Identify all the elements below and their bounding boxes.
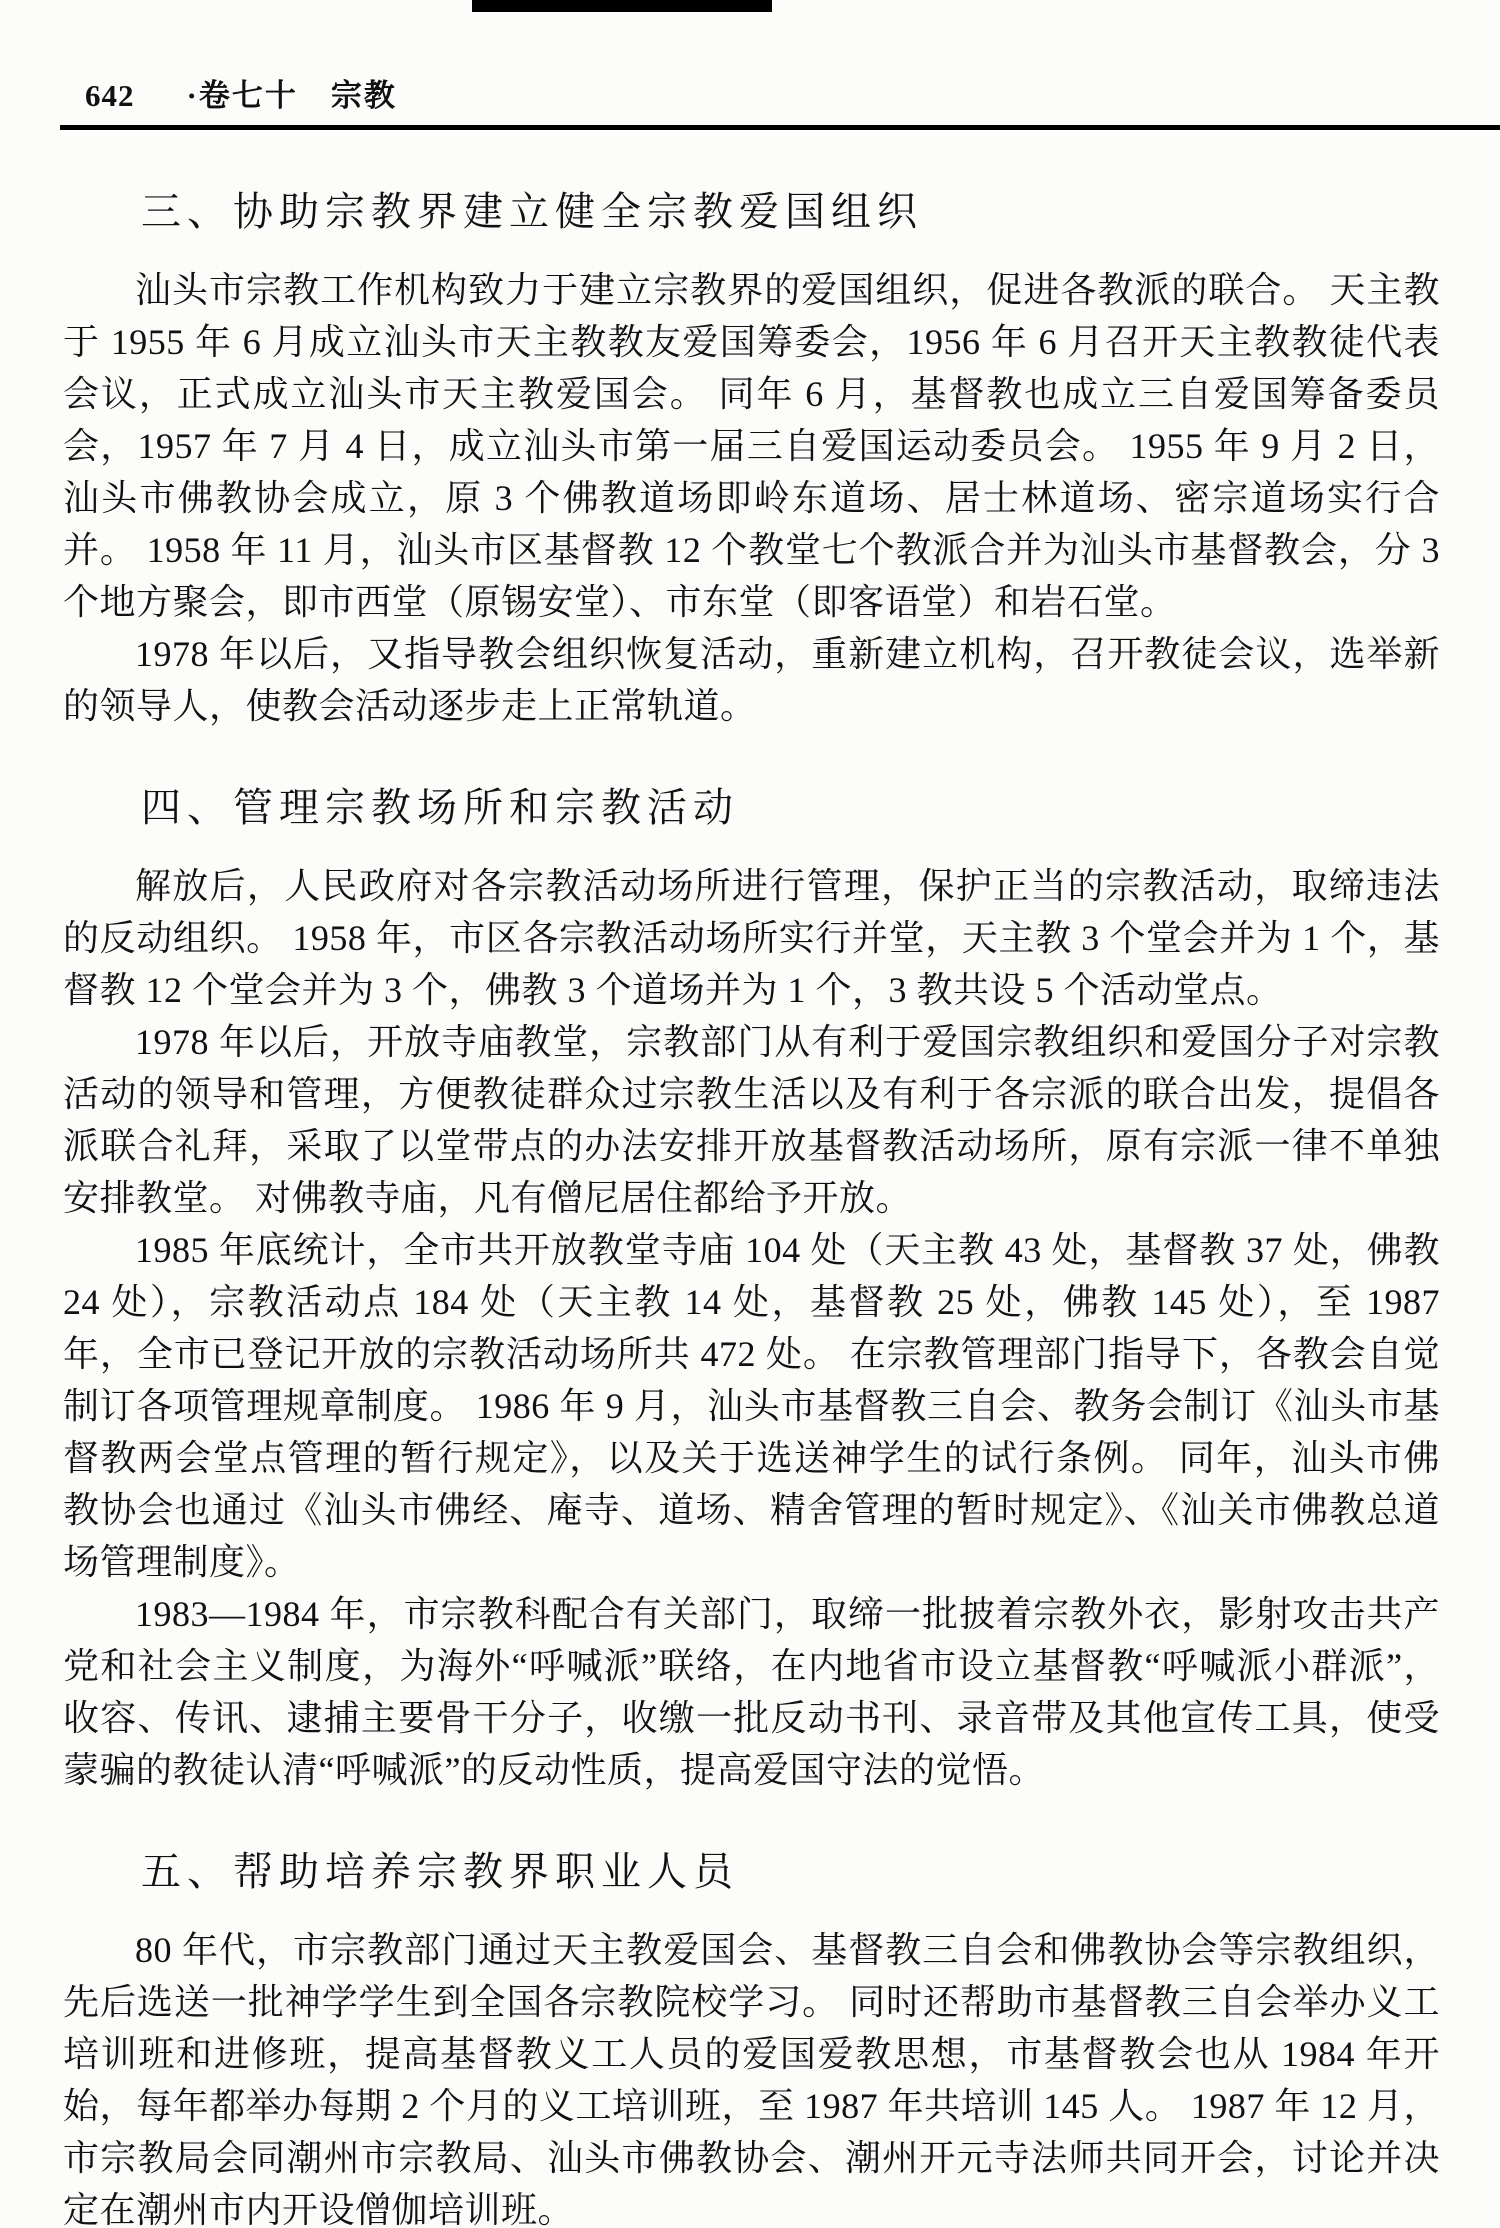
paragraph: 1985 年底统计，全市共开放教堂寺庙 104 处（天主教 43 处，基督教 3… [63,1224,1440,1588]
paragraph: 80 年代，市宗教部门通过天主教爱国会、基督教三自会和佛教协会等宗教组织，先后选… [63,1924,1440,2228]
paragraph: 解放后，人民政府对各宗教活动场所进行管理，保护正当的宗教活动，取缔违法的反动组织… [63,860,1440,1016]
running-title: ·卷七十 宗教 [187,80,397,111]
running-head: 642 ·卷七十 宗教 [63,0,1440,111]
paragraph: 1983—1984 年，市宗教科配合有关部门，取缔一批披着宗教外衣，影射攻击共产… [63,1588,1440,1796]
book-page: 642 ·卷七十 宗教 三、协助宗教界建立健全宗教爱国组织 汕头市宗教工作机构致… [0,0,1500,2228]
paragraph: 1978 年以后，开放寺庙教堂，宗教部门从有利于爱国宗教组织和爱国分子对宗教活动… [63,1016,1440,1224]
section-heading-4: 四、管理宗教场所和宗教活动 [141,786,1440,830]
section-heading-3: 三、协助宗教界建立健全宗教爱国组织 [141,190,1440,234]
section-heading-5: 五、帮助培养宗教界职业人员 [141,1850,1440,1894]
header-rule [60,125,1500,130]
paragraph: 汕头市宗教工作机构致力于建立宗教界的爱国组织，促进各教派的联合。 天主教于 19… [63,264,1440,628]
paragraph: 1978 年以后，又指导教会组织恢复活动，重新建立机构，召开教徒会议，选举新的领… [63,628,1440,732]
page-number: 642 [85,80,135,111]
page-content: 642 ·卷七十 宗教 三、协助宗教界建立健全宗教爱国组织 汕头市宗教工作机构致… [63,0,1440,2228]
